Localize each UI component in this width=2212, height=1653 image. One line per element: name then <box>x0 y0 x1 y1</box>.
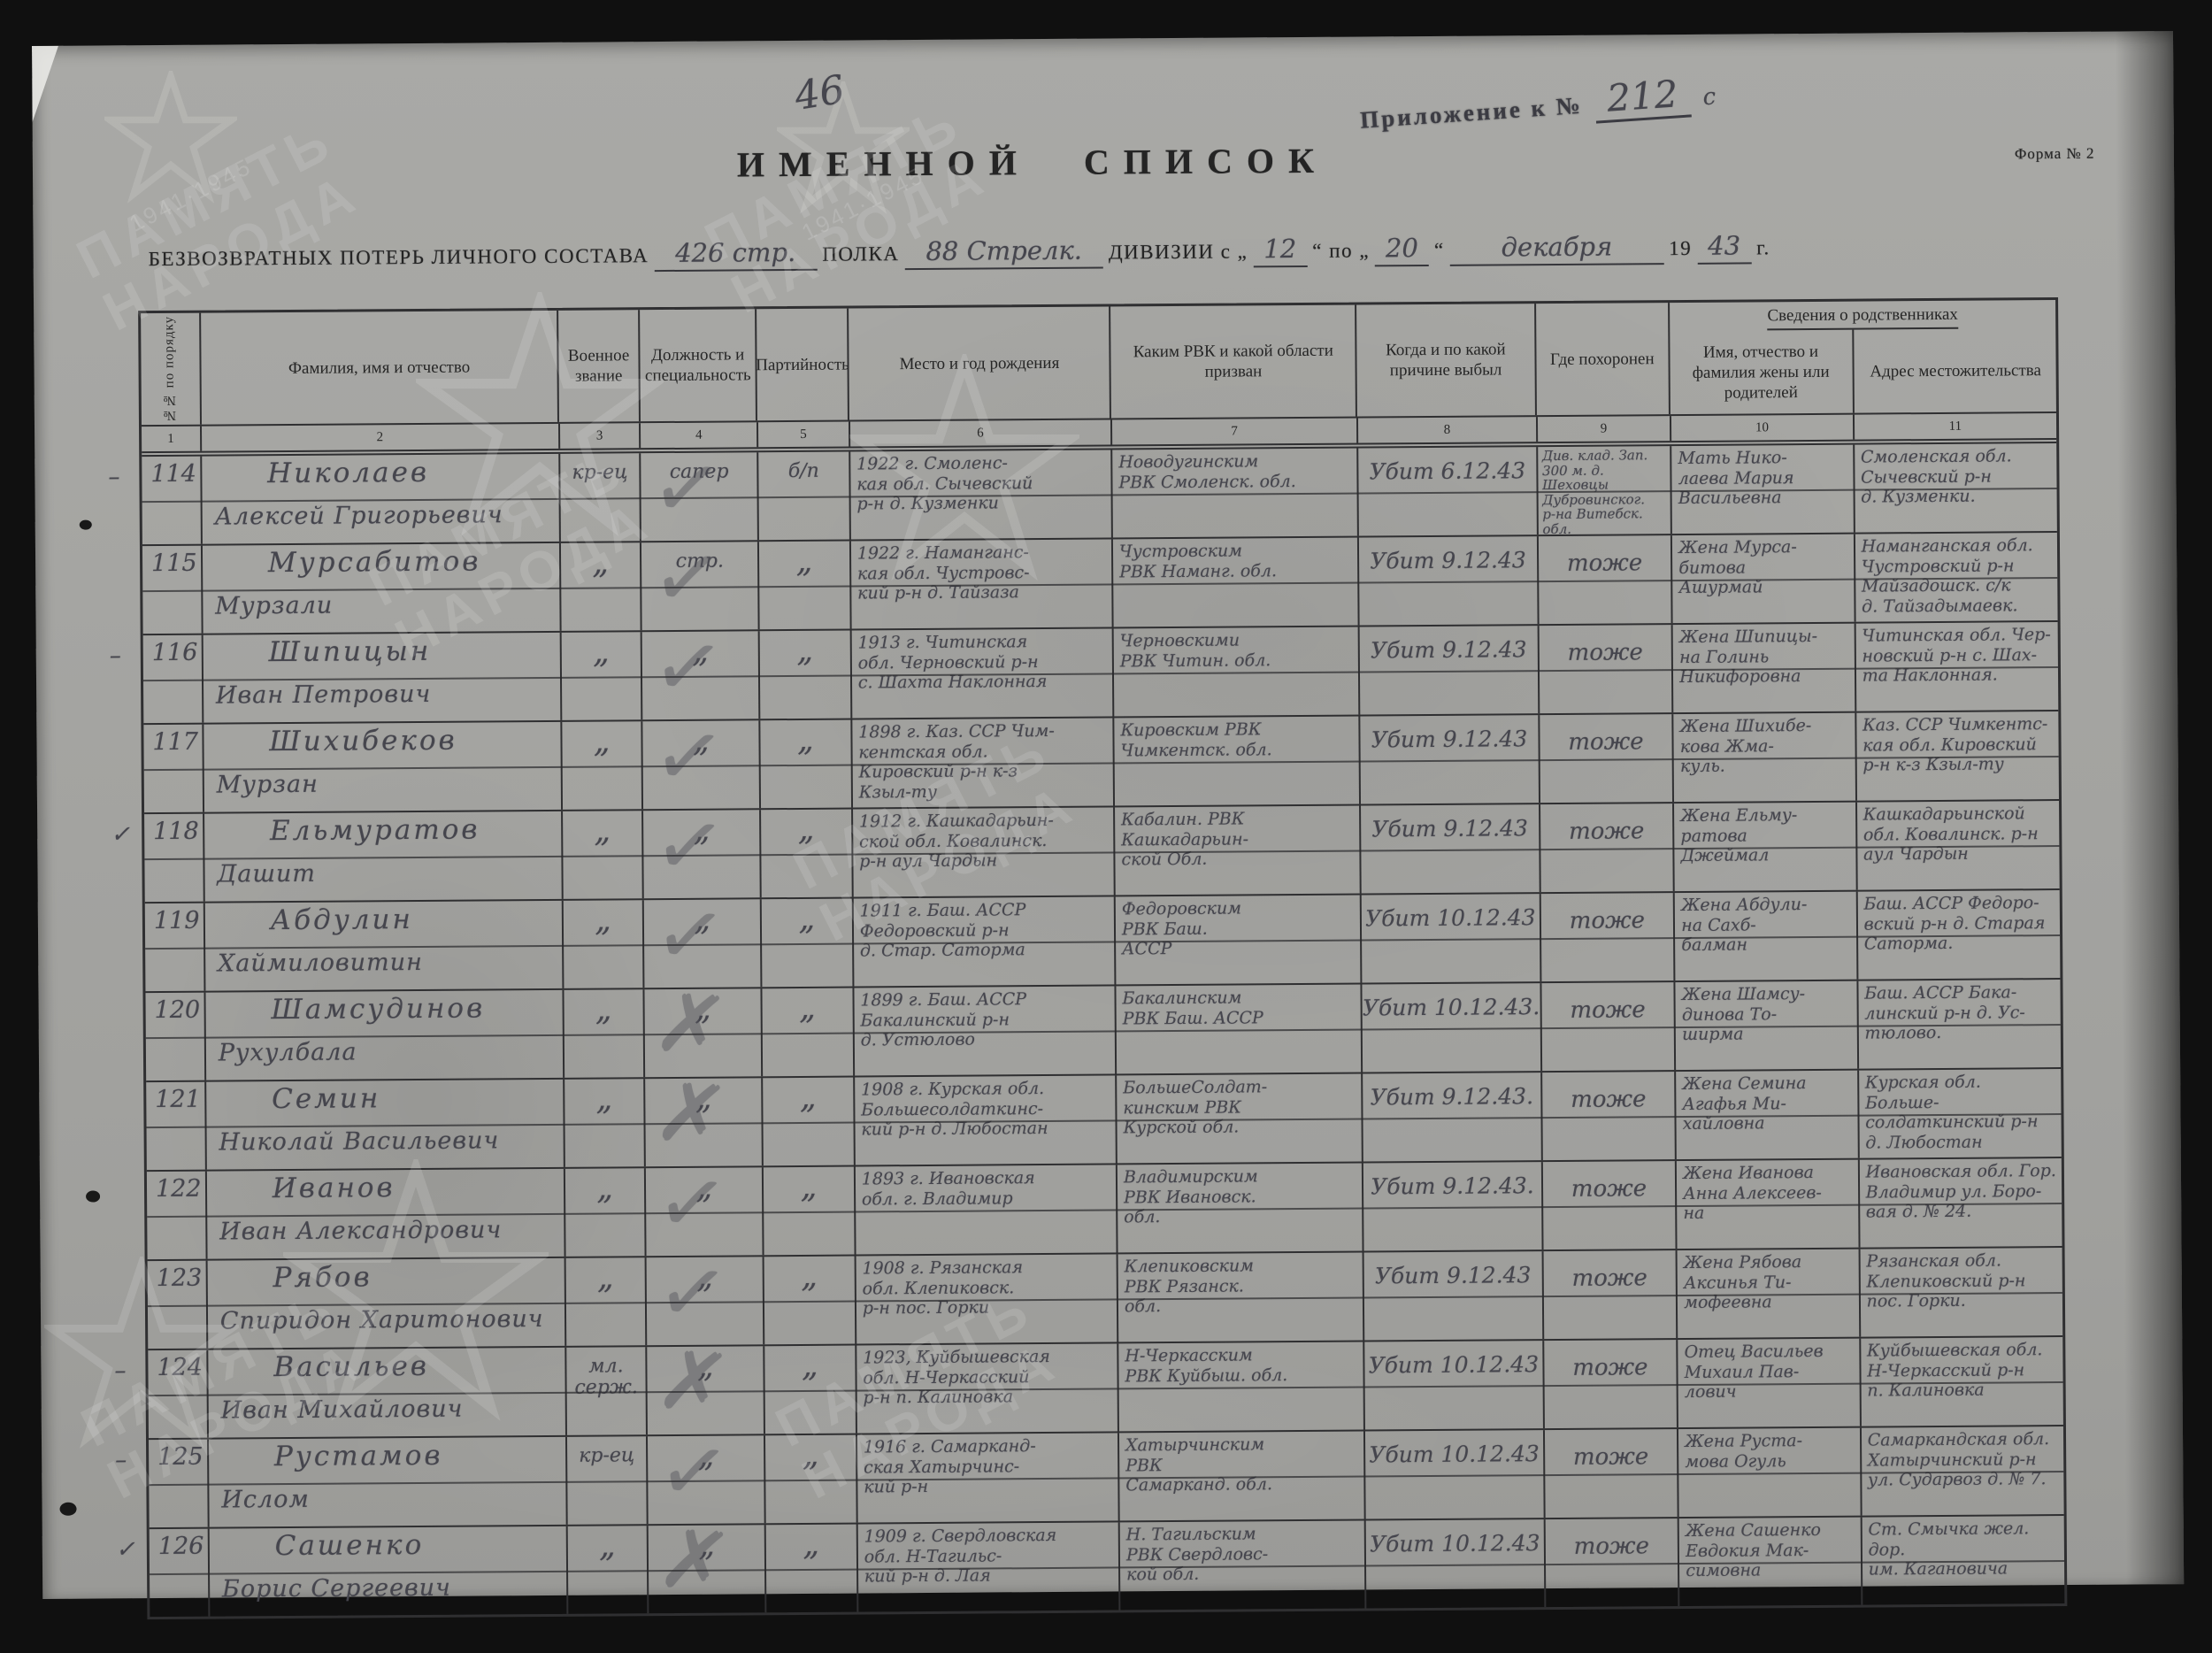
col-party: „ <box>760 899 852 988</box>
col-full-name: Абдулин Хаймиловитин <box>204 901 563 991</box>
header-col-11: Адрес местожительства <box>1852 328 2057 413</box>
subtitle-text: г. <box>1756 236 1770 259</box>
day-from-blank: 12 <box>1253 234 1307 267</box>
given-name: Мурзан <box>217 771 319 799</box>
col-full-name: Шипицын Иван Петрович <box>201 633 560 723</box>
col-rank: мл. серж. <box>565 1347 646 1435</box>
col-burial: Див. клад. Зап. 300 м. д. Шеховцы Дубров… <box>1536 446 1671 534</box>
col-rank: „ <box>564 1257 645 1346</box>
col-burial: тоже <box>1539 893 1673 981</box>
col-party: „ <box>764 1435 856 1524</box>
col-rvk: Кабалин. РВК Кашкадарьин- ской Обл. <box>1113 806 1360 896</box>
col-party: „ <box>757 542 849 630</box>
header-col-2: Фамилия, имя и отчество <box>199 311 557 425</box>
col-fate: Убит 10.12.43 <box>1363 1341 1542 1429</box>
col-address: Рязанская обл. Клепиковский р-н пос. Гор… <box>1858 1248 2062 1337</box>
col-row-number: 115 <box>142 546 202 634</box>
header-col-1: №№ по порядку <box>141 313 200 425</box>
col-position: сапер ✓ <box>640 452 757 541</box>
col-fate: Убит 10.12.43 <box>1363 1430 1543 1518</box>
given-name: Спиридон Харитонович <box>220 1305 544 1335</box>
col-relative: Отец Васильев Михаил Пав- лович <box>1676 1339 1859 1427</box>
col-burial: тоже <box>1539 803 1673 892</box>
col-relative: Жена Мурса- битова Ашурмай <box>1671 534 1854 623</box>
col-full-name: Ельмуратов Дашит <box>203 811 562 902</box>
given-name: Хаймиловитин <box>218 949 423 978</box>
regiment-blank: 426 стр. <box>654 237 817 272</box>
row-number: 121 <box>155 1086 201 1113</box>
col-burial: тоже <box>1540 1161 1675 1249</box>
col-rank: „ <box>562 989 643 1078</box>
col-rank: „ <box>561 811 642 899</box>
subtitle-text: “ <box>1434 239 1445 262</box>
header-col-3: Военное звание <box>557 310 639 422</box>
col-relative: Мать Нико- лаева Мария Васильевна <box>1670 445 1853 534</box>
col-row-number: – 116 <box>143 635 203 723</box>
col-row-number: 119 <box>145 903 204 991</box>
col-fate: Убит 9.12.43 <box>1359 715 1539 803</box>
surname: Рустамов <box>274 1440 443 1472</box>
row-number: 117 <box>152 728 198 756</box>
col-rvk: БольшеСолдат- кинским РВК Курской обл. <box>1115 1074 1362 1164</box>
col-row-number: – 114 <box>142 457 201 544</box>
table-row: 121 Семин Николай Васильевич „ „ ✗ „ 190… <box>146 1069 2062 1172</box>
col-birth: 1908 г. Рязанская обл. Клепиковск. р-н п… <box>854 1254 1117 1343</box>
col-fate: Убит 9.12.43 <box>1359 804 1539 893</box>
col-burial: тоже <box>1541 1250 1676 1339</box>
col-position: „ ✗ <box>644 1078 762 1166</box>
surname: Ельмуратов <box>270 813 480 847</box>
table-row: – 125 Рустамов Ислом кр-ец „ ✓ „ 1916 г.… <box>149 1426 2064 1529</box>
margin-mark: ✓ <box>116 1536 135 1563</box>
col-fate: Убит 9.12.43 <box>1363 1251 1542 1340</box>
col-address: Ивановская обл. Гор. Владимир ул. Боро- … <box>1857 1158 2062 1248</box>
row-number: 124 <box>157 1354 203 1381</box>
col-row-number: 123 <box>148 1261 207 1349</box>
hole-punch <box>86 1190 100 1202</box>
col-party: „ <box>762 1167 854 1256</box>
col-address: Ст. Смычка жел. дор. им. Кагановича <box>1860 1516 2064 1605</box>
subtitle-text: БЕЗВОЗВРАТНЫХ ПОТЕРЬ ЛИЧНОГО СОСТАВА <box>149 244 649 271</box>
col-burial: тоже <box>1540 1072 1675 1160</box>
relatives-group-title: Сведения о родственниках <box>1767 301 1958 331</box>
surname: Семин <box>272 1082 380 1115</box>
col-address: Баш. АССР Бака- линский р-н д. Ус- тюлов… <box>1856 980 2061 1069</box>
table-row: ✓ 126 Сашенко Борис Сергеевич „ „ ✗ „ 19… <box>150 1516 2065 1617</box>
paper-sheet: 46 Приложение к № 212 с Форма № 2 ИМЕННО… <box>32 31 2184 1599</box>
col-full-name: Сашенко Борис Сергеевич <box>208 1526 567 1617</box>
col-position: стр. ✓ <box>640 542 757 630</box>
col-birth: 1909 г. Свердловская обл. Н-Тагильс- кий… <box>856 1522 1118 1611</box>
col-row-number: – 124 <box>148 1350 207 1438</box>
col-burial: тоже <box>1537 625 1671 713</box>
header-col-9: Где похоронен <box>1534 303 1669 415</box>
header-col-7: Каким РВК и какой области призван <box>1109 305 1356 419</box>
col-address: Каз. ССР Чимкентс- кая обл. Кировский р-… <box>1855 711 2059 801</box>
table-row: – 114 Николаев Алексей Григорьевич кр-ец… <box>142 443 2057 546</box>
col-rank: кр-ец <box>558 453 640 542</box>
col-rank: „ <box>563 1079 644 1167</box>
surname: Васильев <box>273 1350 429 1383</box>
col-relative: Жена Сашенко Евдокия Мак- симовна <box>1678 1518 1861 1606</box>
row-number: 114 <box>150 460 196 488</box>
col-rvk: Федоровским РВК Баш. АССР <box>1114 896 1361 985</box>
col-party: б/п <box>757 452 849 541</box>
col-relative: Жена Руста- мова Огуль <box>1677 1428 1860 1517</box>
col-rank: кр-ец <box>565 1436 647 1525</box>
given-name: Ислом <box>221 1486 310 1514</box>
col-relative: Жена Абдули- на Сахб- балман <box>1673 892 1856 980</box>
row-number: 125 <box>157 1443 204 1471</box>
page-title: ИМЕННОЙ СПИСОК <box>528 138 1537 187</box>
col-fate: Убит 6.12.43 <box>1356 447 1536 535</box>
col-relative: Жена Иванова Анна Алексеев- на <box>1675 1160 1858 1249</box>
row-number: 126 <box>158 1533 204 1560</box>
surname: Николаев <box>267 457 429 489</box>
row-number: 118 <box>153 818 199 845</box>
col-position: „ ✓ <box>645 1257 763 1345</box>
col-position: „ ✓ <box>641 631 758 719</box>
given-name: Иван Петрович <box>216 680 432 710</box>
col-party: „ <box>761 1078 853 1166</box>
col-birth: 1923, Куйбышевская обл. Н-Черкасский р-н… <box>855 1343 1118 1433</box>
col-full-name: Иванов Иван Александрович <box>205 1169 565 1259</box>
col-address: Наманганская обл. Чустровский р-н Майзад… <box>1854 533 2058 622</box>
col-fate: Убит 10.12.43 <box>1364 1519 1544 1608</box>
table-row: – 124 Васильев Иван Михайлович мл. серж.… <box>148 1337 2063 1440</box>
hole-punch <box>80 520 92 530</box>
row-number: 115 <box>151 550 197 577</box>
col-row-number: ✓ 118 <box>144 814 204 902</box>
col-relative: Жена Шамсу- динова То- ширма <box>1674 981 1857 1070</box>
col-burial: тоже <box>1538 714 1672 803</box>
margin-mark: – <box>115 1447 127 1473</box>
col-fate: Убит 9.12.43. <box>1362 1162 1541 1250</box>
col-fate: Убит 9.12.43. <box>1361 1073 1540 1161</box>
col-address: Читинская обл. Чер- новский р-н с. Шах- … <box>1854 622 2058 711</box>
stamp-number: 212 <box>1594 71 1692 123</box>
col-full-name: Николаев Алексей Григорьевич <box>200 454 559 544</box>
table-row: 123 Рябов Спиридон Харитонович „ „ ✓ „ 1… <box>148 1248 2063 1350</box>
surname: Шипицын <box>268 635 431 668</box>
col-birth: 1893 г. Ивановская обл. г. Владимир <box>854 1165 1117 1254</box>
surname: Рябов <box>273 1261 372 1294</box>
row-number: 120 <box>155 996 201 1024</box>
col-burial: тоже <box>1543 1518 1678 1607</box>
surname: Абдулин <box>271 903 413 936</box>
margin-mark: ✓ <box>111 821 130 848</box>
division-blank: 88 Стрелк. <box>904 235 1103 271</box>
col-address: Смоленская обл. Сычевский р-н д. Кузменк… <box>1853 443 2057 533</box>
col-party: „ <box>758 720 850 809</box>
table-row: 120 Шамсудинов Рухулбала „ „ ✗ „ 1899 г.… <box>145 980 2061 1082</box>
col-rvk: Н-Черкасским РВК Куйбыш. обл. <box>1117 1342 1363 1432</box>
col-position: „ ✓ <box>644 1167 762 1256</box>
col-position: „ ✓ <box>642 899 760 988</box>
month-blank: декабря <box>1449 231 1663 266</box>
paper-corner <box>32 46 59 122</box>
header-col-10: Имя, отчество и фамилия жены или родител… <box>1669 330 1853 414</box>
subtitle-text: “ по „ <box>1312 239 1370 262</box>
subtitle-text: 19 <box>1669 237 1692 260</box>
header-col-8: Когда и по какой причине выбыл <box>1355 304 1534 416</box>
col-address: Кашкадарьинской обл. Ковалинск. р-н аул … <box>1855 801 2060 890</box>
casualty-table: №№ по порядку Фамилия, имя и отчество Во… <box>138 297 2067 1619</box>
col-rvk: Чустровским РВК Наманг. обл. <box>1111 538 1358 627</box>
col-rank: „ <box>559 632 641 720</box>
col-row-number: 122 <box>147 1172 206 1259</box>
header-relatives-group: Сведения о родственниках Имя, отчество и… <box>1668 300 2056 414</box>
margin-mark: – <box>110 642 121 669</box>
col-full-name: Семин Николай Васильевич <box>204 1080 564 1170</box>
subtitle-text: ДИВИЗИИ с „ <box>1109 240 1248 264</box>
margin-mark: – <box>114 1357 126 1384</box>
subtitle-text: ПОЛКА <box>822 242 899 266</box>
col-party: „ <box>763 1346 855 1434</box>
surname: Шихибеков <box>269 725 457 757</box>
col-rvk: Бакалинским РВК Баш. АССР <box>1114 985 1361 1074</box>
col-relative: Жена Семина Агафья Ми- хайловна <box>1674 1071 1857 1159</box>
table-body: – 114 Николаев Алексей Григорьевич кр-ец… <box>142 443 2064 1617</box>
header-col-4: Должность и специальность <box>638 309 756 421</box>
table-row: 115 Мурсабитов Мурзали „ стр. ✓ „ 1922 г… <box>142 533 2058 635</box>
given-name: Борис Сергеевич <box>222 1574 451 1603</box>
col-birth: 1916 г. Самарканд- ская Хатырчинс- кий р… <box>856 1433 1118 1522</box>
col-burial: тоже <box>1540 982 1674 1071</box>
given-name: Иван Александрович <box>219 1216 502 1245</box>
col-address: Самаркандская обл. Хатырчинский р-н ул. … <box>1860 1426 2064 1516</box>
col-position: „ ✗ <box>647 1525 764 1613</box>
margin-mark: – <box>108 464 119 490</box>
col-position: „ ✓ <box>646 1435 764 1524</box>
given-name: Иван Михайлович <box>220 1395 463 1425</box>
col-relative: Жена Шихибе- кова Жма- куль. <box>1672 713 1855 802</box>
col-rvk: Черновскими РВК Читин. обл. <box>1112 627 1359 717</box>
col-position: „ ✓ <box>641 720 759 809</box>
col-rvk: Новодугинским РВК Смоленск. обл. <box>1110 449 1357 538</box>
col-full-name: Рябов Спиридон Харитонович <box>205 1258 565 1349</box>
col-party: „ <box>761 988 853 1077</box>
table-row: – 116 Шипицын Иван Петрович „ „ ✓ „ 1913… <box>143 622 2059 725</box>
col-address: Куйбышевская обл. Н-Черкасский р-н п. Ка… <box>1859 1337 2063 1426</box>
col-party: „ <box>764 1525 856 1613</box>
appendix-stamp: Приложение к № 212 с <box>1358 69 1717 139</box>
header-col-6: Место и год рождения <box>848 307 1110 420</box>
year-blank: 43 <box>1697 230 1751 264</box>
col-position: „ ✗ <box>643 988 761 1077</box>
table-row: 117 Шихибеков Мурзан „ „ ✓ „ 1898 г. Каз… <box>143 711 2059 814</box>
table-row: 119 Абдулин Хаймиловитин „ „ ✓ „ 1911 г.… <box>145 890 2061 993</box>
surname: Шамсудинов <box>271 992 485 1026</box>
row-number: 116 <box>152 639 198 666</box>
col-party: „ <box>763 1257 855 1345</box>
table-row: 122 Иванов Иван Александрович „ „ ✓ „ 18… <box>147 1158 2062 1261</box>
col-birth: 1908 г. Курская обл. Большесолдаткинс- к… <box>853 1075 1116 1165</box>
col-full-name: Рустамов Ислом <box>207 1437 566 1527</box>
row-number: 122 <box>156 1175 202 1203</box>
subtitle: БЕЗВОЗВРАТНЫХ ПОТЕРЬ ЛИЧНОГО СОСТАВА 426… <box>149 230 1770 275</box>
col-row-number: – 125 <box>149 1440 208 1527</box>
col-birth: 1898 г. Каз. ССР Чим- кентская обл. Киро… <box>850 718 1113 807</box>
col-rank: „ <box>565 1526 647 1614</box>
page-number: 46 <box>792 67 849 119</box>
col-burial: тоже <box>1537 535 1671 624</box>
col-rvk: Хатырчинским РВК Самарканд. обл. <box>1118 1432 1364 1521</box>
col-full-name: Шамсудинов Рухулбала <box>204 990 563 1080</box>
col-position: „ ✗ <box>646 1346 764 1434</box>
col-rank: „ <box>559 542 641 631</box>
col-address: Баш. АССР Федоро- вский р-н д. Старая Са… <box>1855 890 2060 980</box>
col-rvk: Кировским РВК Чимкентск. обл. <box>1112 717 1359 806</box>
col-full-name: Мурсабитов Мурзали <box>201 543 560 634</box>
table-header: №№ по порядку Фамилия, имя и отчество Во… <box>141 300 2056 425</box>
col-fate: Убит 9.12.43 <box>1358 626 1538 714</box>
surname: Сашенко <box>275 1529 425 1562</box>
given-name: Алексей Григорьевич <box>214 501 503 530</box>
col-row-number: 121 <box>146 1082 205 1170</box>
col-rvk: Н. Тагильским РВК Свердловс- кой обл. <box>1118 1521 1365 1611</box>
col-fate: Убит 9.12.43 <box>1357 536 1537 625</box>
col-row-number: ✓ 126 <box>150 1529 209 1617</box>
col-rank: „ <box>560 721 641 810</box>
col-party: „ <box>758 631 850 719</box>
col-relative: Жена Ельму- ратова Джеймал <box>1672 803 1855 891</box>
row-number: 119 <box>154 907 200 934</box>
header-col-5: Партийность <box>756 309 849 421</box>
col-rank: „ <box>564 1168 645 1257</box>
form-number: Форма № 2 <box>2015 145 2095 164</box>
day-to-blank: 20 <box>1375 233 1429 266</box>
col-address: Курская обл. Больше- солдаткинский р-н д… <box>1857 1069 2062 1158</box>
stamp-prefix: Приложение к № <box>1359 92 1584 135</box>
col-birth: 1911 г. Баш. АССР Федоровский р-н д. Ста… <box>852 896 1115 986</box>
col-rank: „ <box>561 900 642 988</box>
col-birth: 1922 г. Наманганс- кая обл. Чустровс- ки… <box>849 539 1112 628</box>
col-party: „ <box>759 810 851 898</box>
col-row-number: 117 <box>143 725 203 812</box>
col-full-name: Шихибеков Мурзан <box>202 722 561 812</box>
col-relative: Жена Шипицы- на Голинь Никифоровна <box>1671 624 1855 712</box>
col-burial: тоже <box>1543 1429 1678 1518</box>
col-rvk: Клепиковским РВК Рязанск. обл. <box>1117 1253 1363 1342</box>
given-name: Дашит <box>217 860 316 888</box>
hole-punch <box>59 1503 76 1516</box>
given-name: Николай Васильевич <box>219 1126 499 1156</box>
scanned-document: 46 Приложение к № 212 с Форма № 2 ИМЕННО… <box>0 0 2212 1653</box>
col-birth: 1913 г. Читинская обл. Черновский р-н с.… <box>849 628 1112 718</box>
col-relative: Жена Рябова Аксинья Ти- мофеевна <box>1676 1249 1859 1338</box>
col-burial: тоже <box>1542 1340 1677 1428</box>
row-number: 123 <box>157 1265 203 1292</box>
given-name: Мурзали <box>215 592 333 620</box>
col-position: „ ✓ <box>641 810 759 898</box>
col-row-number: 120 <box>145 993 204 1080</box>
col-fate: Убит 10.12.43. <box>1361 983 1540 1072</box>
col-birth: 1922 г. Смоленс- кая обл. Сычевский р-н … <box>849 450 1111 539</box>
col-rvk: Владимирским РВК Ивановск. обл. <box>1116 1164 1363 1253</box>
col-birth: 1899 г. Баш. АССР Бакалинский р-н д. Уст… <box>852 986 1115 1075</box>
stamp-suffix: с <box>1702 83 1717 111</box>
surname: Иванов <box>273 1172 396 1204</box>
given-name: Рухулбала <box>219 1038 357 1066</box>
col-birth: 1912 г. Кашкадарьин- ской обл. Ковалинск… <box>851 807 1114 896</box>
col-fate: Убит 10.12.43 <box>1360 894 1540 982</box>
table-row: ✓ 118 Ельмуратов Дашит „ „ ✓ „ 1912 г. К… <box>144 801 2060 903</box>
surname: Мурсабитов <box>268 545 481 579</box>
col-full-name: Васильев Иван Михайлович <box>206 1348 565 1438</box>
